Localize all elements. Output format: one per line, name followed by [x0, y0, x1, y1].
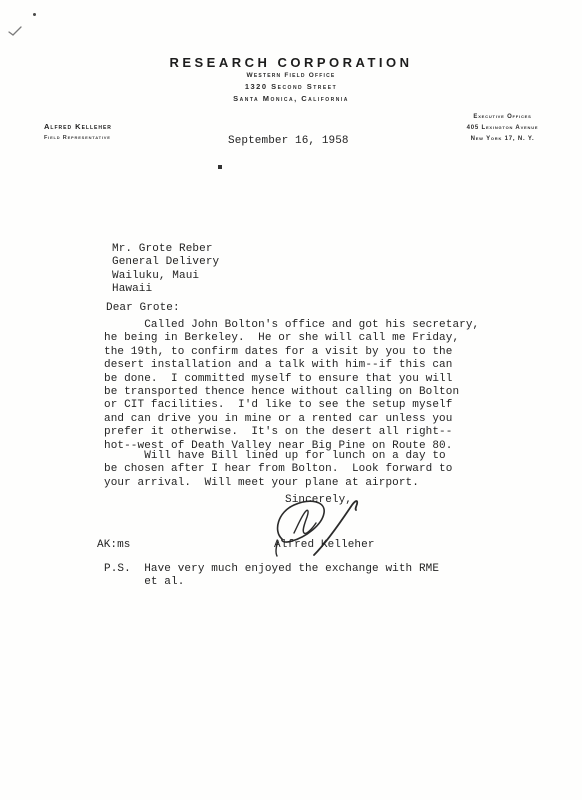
letter-date: September 16, 1958	[228, 135, 349, 148]
representative-block: Alfred Kelleher Field Representative	[44, 122, 112, 141]
executive-offices-line1: Executive Offices	[440, 112, 565, 123]
representative-title: Field Representative	[44, 135, 112, 141]
company-name: RESEARCH CORPORATION	[0, 55, 582, 70]
letterhead-city: Santa Monica, California	[0, 94, 582, 103]
reference-initials: AK:ms	[97, 539, 131, 552]
typed-signature-name: Alfred Kelleher	[274, 539, 375, 552]
pencil-dot-mark	[33, 13, 36, 16]
letterhead-office: Western Field Office	[0, 72, 582, 79]
postscript: P.S. Have very much enjoyed the exchange…	[104, 563, 439, 590]
pencil-check-mark	[8, 25, 24, 37]
body-paragraph-1: Called John Bolton's office and got his …	[104, 319, 479, 453]
letterhead-street: 1320 Second Street	[0, 82, 582, 91]
executive-offices-line2: 405 Lexington Avenue	[440, 123, 565, 134]
executive-offices-block: Executive Offices 405 Lexington Avenue N…	[440, 112, 565, 145]
recipient-address: Mr. Grote Reber General Delivery Wailuku…	[112, 243, 219, 297]
ink-speck-mark	[218, 165, 222, 169]
executive-offices-line3: New York 17, N. Y.	[440, 134, 565, 145]
letter-page: RESEARCH CORPORATION Western Field Offic…	[0, 0, 582, 800]
salutation: Dear Grote:	[106, 302, 180, 315]
representative-name: Alfred Kelleher	[44, 122, 112, 131]
body-paragraph-2: Will have Bill lined up for lunch on a d…	[104, 450, 452, 490]
